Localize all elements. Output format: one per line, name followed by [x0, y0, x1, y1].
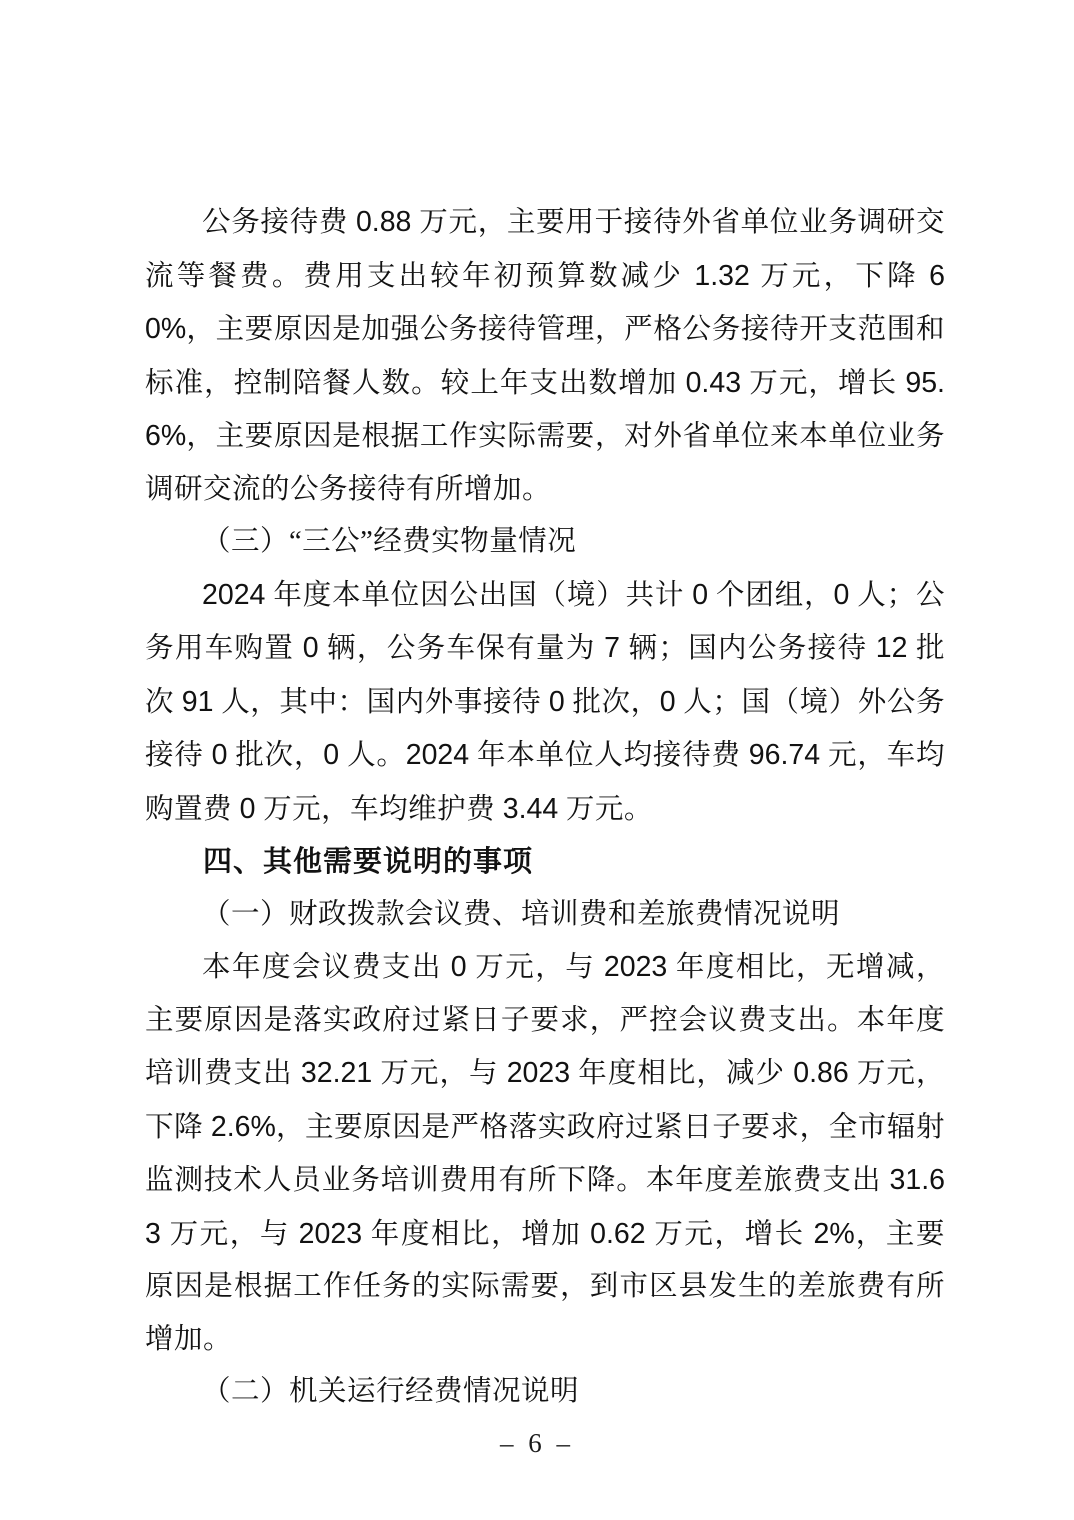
- heading-meeting-training-travel-expenses: （一）财政拨款会议费、培训费和差旅费情况说明: [145, 889, 945, 942]
- heading-agency-operating-funds: （二）机关运行经费情况说明: [145, 1366, 945, 1419]
- page-footer: – 6 –: [0, 1428, 1074, 1459]
- paragraph-physical-quantity-details: 2024 年度本单位因公出国（境）共计 0 个团组，0 人；公务用车购置 0 辆…: [145, 569, 945, 837]
- page-number: – 6 –: [500, 1428, 574, 1458]
- document-page: 公务接待费 0.88 万元，主要用于接待外省单位业务调研交流等餐费。费用支出较年…: [0, 0, 1074, 1520]
- paragraph-official-reception-expense: 公务接待费 0.88 万元，主要用于接待外省单位业务调研交流等餐费。费用支出较年…: [145, 196, 945, 516]
- paragraph-meeting-training-travel-details: 本年度会议费支出 0 万元，与 2023 年度相比，无增减，主要原因是落实政府过…: [145, 941, 945, 1366]
- heading-three-public-funds-physical-quantity: （三）“三公”经费实物量情况: [145, 516, 945, 569]
- document-content: 公务接待费 0.88 万元，主要用于接待外省单位业务调研交流等餐费。费用支出较年…: [145, 196, 945, 1419]
- heading-other-matters: 四、其他需要说明的事项: [145, 836, 945, 889]
